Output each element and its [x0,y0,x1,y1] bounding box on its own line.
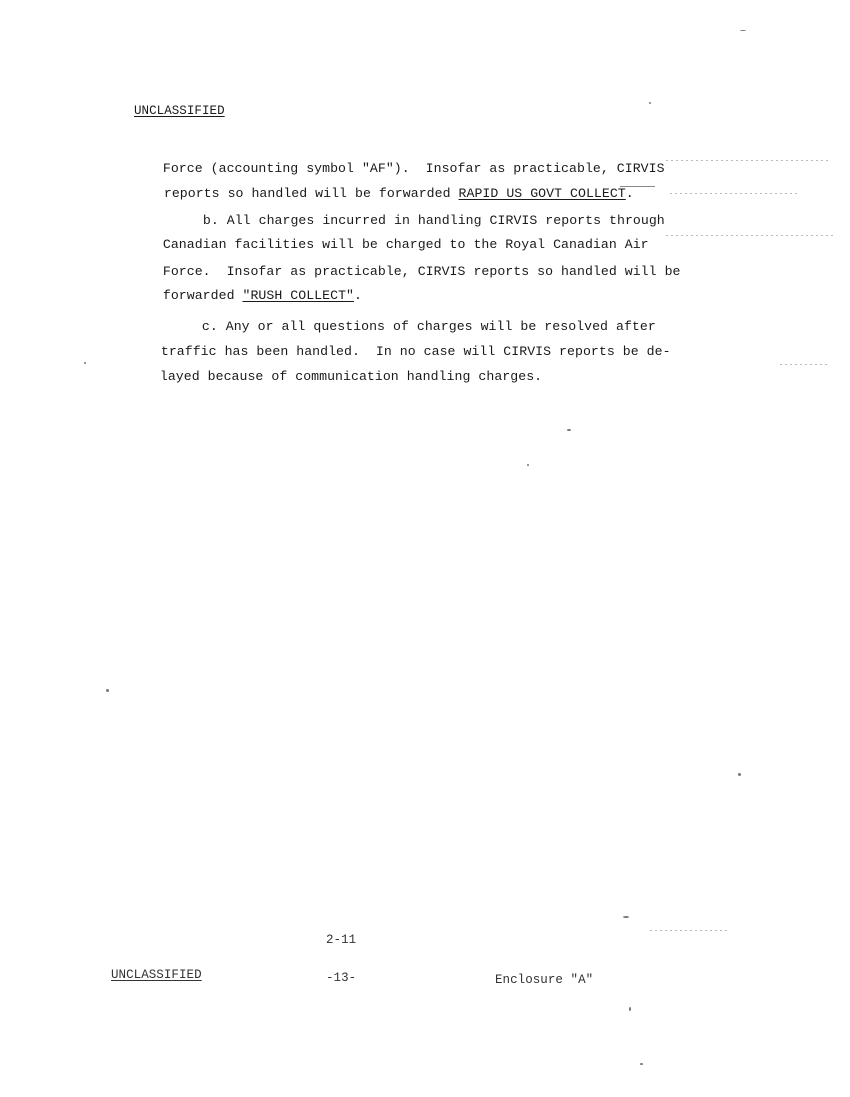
scan-speck [527,464,529,466]
scan-noise [666,160,831,161]
scan-noise [670,193,800,194]
scan-noise [780,364,830,365]
scan-noise [650,930,730,931]
scan-noise [620,186,655,187]
scan-speck [84,362,86,364]
scan-speck [629,1007,631,1011]
text-segment: layed because of communication handling … [160,369,542,384]
scan-speck [738,773,741,776]
scan-speck [106,689,109,692]
text-segment: forwarded [163,288,243,303]
underlined-text: "RUSH COLLECT" [243,288,355,303]
footer-classification: UNCLASSIFIED [111,967,202,983]
scan-speck [567,429,571,431]
footer-page-number: -13- [326,970,356,986]
section-page-number: 2-11 [326,932,356,948]
scan-speck [740,30,746,31]
document-page: UNCLASSIFIED Force (accounting symbol "A… [0,0,850,1097]
scan-speck [623,916,629,918]
header-classification: UNCLASSIFIED [134,103,225,119]
text-segment: . [354,288,362,303]
paragraph-c-line-3: layed because of communication handling … [128,353,542,401]
scan-noise [666,235,836,236]
scan-speck [640,1063,643,1065]
footer-enclosure: Enclosure "A" [495,972,593,988]
scan-speck [649,102,651,104]
